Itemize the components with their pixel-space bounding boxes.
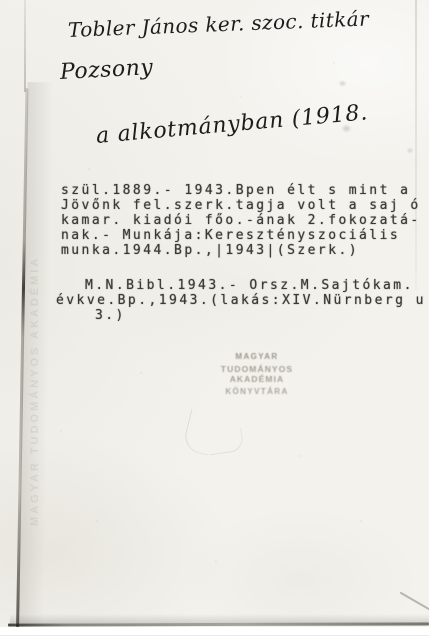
paper-smudge <box>341 124 352 133</box>
paper-smudge <box>338 80 347 87</box>
typed-line: 3.) <box>61 308 426 323</box>
page-left-edge-faint-top <box>24 0 26 92</box>
typed-line: kamar. kiadói főo.-ának 2.fokozatá- <box>61 213 426 228</box>
typed-line: munka.1944.Bp.,|1943|(Szerk.) <box>61 243 426 258</box>
typed-line: Jövőnk fel.szerk.tagja volt a saj ó <box>61 198 426 213</box>
typed-line: nak.- Munkája:Keresztényszociális <box>61 228 426 243</box>
typed-line: szül.1889.- 1943.Bpen élt s mint a <box>61 183 426 198</box>
paper-speckles <box>0 0 2 2</box>
typed-text-block: szül.1889.- 1943.Bpen élt s mint a Jövőn… <box>61 183 426 323</box>
stamp-line-3: KÖNYVTÁRA <box>193 387 321 396</box>
stamp-line-2: TUDOMÁNYOS AKADÉMIA <box>193 364 321 384</box>
page-right-edge <box>415 0 417 290</box>
scanner-artifact-line <box>0 635 429 636</box>
stamp-line-1: MAGYAR <box>193 352 321 361</box>
typed-line: évkve.Bp.,1943.(lakás:XIV.Nürnberg u <box>56 293 426 308</box>
paper-smudge <box>406 147 414 154</box>
scanner-background-strip <box>0 627 429 641</box>
scanned-catalog-card: MAGYAR TUDOMÁNYOS AKADÉMIA Tobler János … <box>0 0 429 641</box>
typed-line: M.N.Bibl.1943.- Orsz.M.Sajtókam. <box>61 278 426 293</box>
handwritten-place-line: Pozsony <box>59 55 154 85</box>
library-stamp: MAGYAR TUDOMÁNYOS AKADÉMIA KÖNYVTÁRA <box>193 352 321 396</box>
